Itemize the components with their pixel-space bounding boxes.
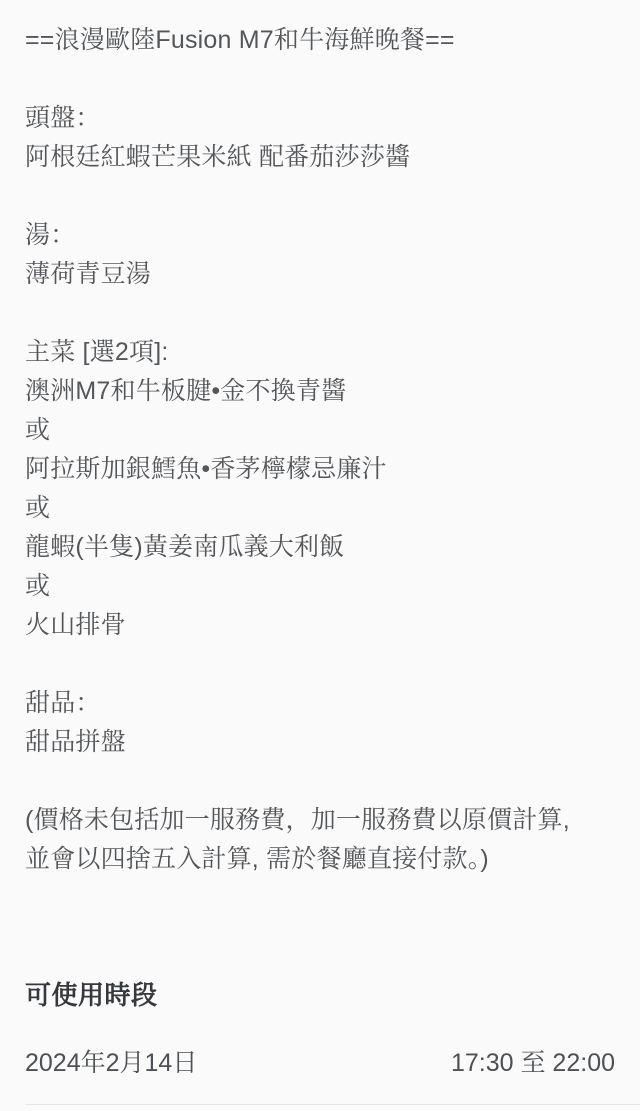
menu-title: ==浪漫歐陸Fusion M7和牛海鮮晚餐== — [25, 21, 615, 60]
blank-line — [25, 762, 615, 801]
blank-line — [25, 60, 615, 99]
menu-dish-main-3: 龍蝦(半隻)黃姜南瓜義大利飯 — [25, 528, 615, 567]
blank-line — [25, 294, 615, 333]
menu-dish-appetizer: 阿根廷紅蝦芒果米紙 配番茄莎莎醬 — [25, 138, 615, 177]
menu-note-line-1: (價格未包括加一服務費，加一服務費以原價計算, — [25, 801, 615, 840]
bottom-divider — [25, 1104, 640, 1105]
menu-dish-soup: 薄荷青豆湯 — [25, 255, 615, 294]
menu-description: ==浪漫歐陸Fusion M7和牛海鮮晚餐== 頭盤： 阿根廷紅蝦芒果米紙 配番… — [0, 0, 640, 1082]
menu-dish-main-1: 澳洲M7和牛板腱•金不換青醬 — [25, 372, 615, 411]
availability-time-range: 17:30 至 22:00 — [451, 1044, 615, 1082]
menu-section-label-main: 主菜 [選2項]: — [25, 333, 615, 372]
menu-dish-dessert: 甜品拼盤 — [25, 723, 615, 762]
menu-or-separator: 或 — [25, 489, 615, 528]
blank-line — [25, 177, 615, 216]
menu-section-label-soup: 湯： — [25, 216, 615, 255]
menu-or-separator: 或 — [25, 567, 615, 606]
menu-section-label-dessert: 甜品： — [25, 684, 615, 723]
menu-or-separator: 或 — [25, 411, 615, 450]
menu-section-label-appetizer: 頭盤： — [25, 99, 615, 138]
availability-heading: 可使用時段 — [25, 976, 615, 1014]
blank-line — [25, 645, 615, 684]
availability-date: 2024年2月14日 — [25, 1044, 197, 1082]
menu-dish-main-2: 阿拉斯加銀鱈魚•香茅檸檬忌廉汁 — [25, 450, 615, 489]
menu-dish-main-4: 火山排骨 — [25, 606, 615, 645]
availability-row: 2024年2月14日 17:30 至 22:00 — [25, 1044, 615, 1082]
package-detail-page: ==浪漫歐陸Fusion M7和牛海鮮晚餐== 頭盤： 阿根廷紅蝦芒果米紙 配番… — [0, 0, 640, 1111]
menu-note-line-2: 並會以四捨五入計算, 需於餐廳直接付款。) — [25, 840, 615, 879]
